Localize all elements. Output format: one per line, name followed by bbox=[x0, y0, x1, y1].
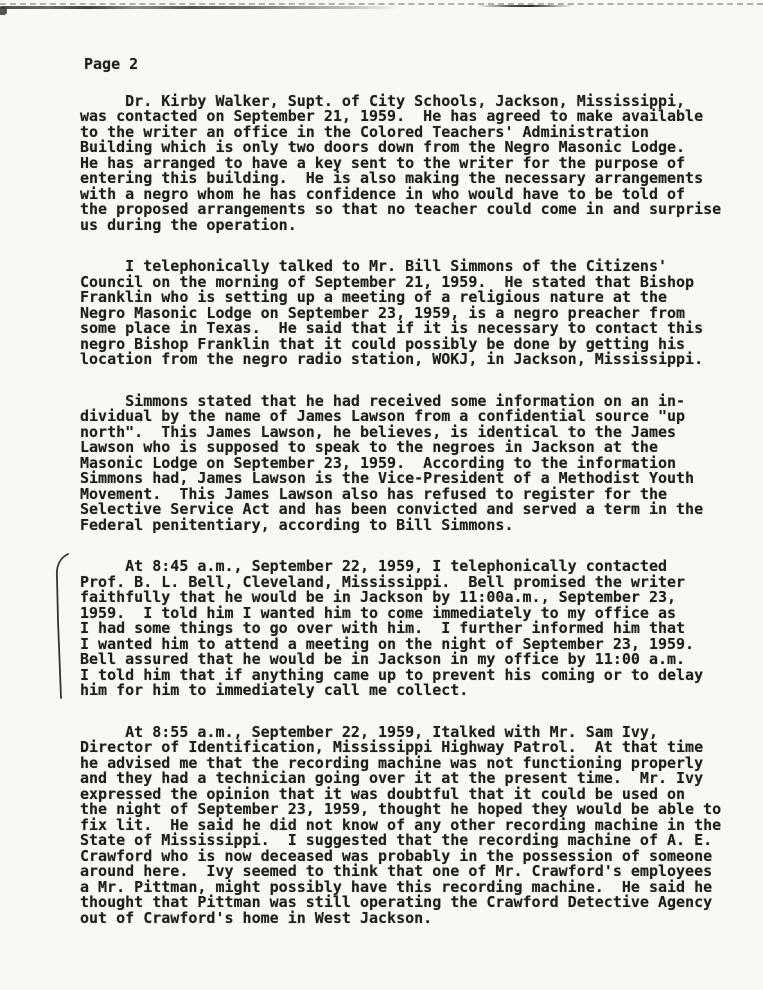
paragraph-bell-contact: At 8:45 a.m., September 22, 1959, I tele… bbox=[80, 559, 752, 699]
scan-artifact-dark-streak bbox=[0, 6, 400, 9]
paragraph-kirby-walker: Dr. Kirby Walker, Supt. of City Schools,… bbox=[80, 94, 752, 234]
paragraph-bill-simmons-call: I telephonically talked to Mr. Bill Simm… bbox=[80, 259, 752, 368]
typewritten-text-block: Page 2 Dr. Kirby Walker, Supt. of City S… bbox=[80, 57, 752, 926]
scanned-document-page: Page 2 Dr. Kirby Walker, Supt. of City S… bbox=[0, 0, 763, 990]
page-number: Page 2 bbox=[84, 57, 752, 73]
paragraph-james-lawson-info: Simmons stated that he had received some… bbox=[80, 394, 752, 534]
scan-artifact-dotted-line bbox=[0, 3, 763, 5]
paragraph-sam-ivy-recording-machine: At 8:55 a.m., September 22, 1959, Italke… bbox=[80, 725, 752, 927]
scan-artifact-corner-blob bbox=[0, 7, 7, 15]
scan-artifact-mid-streak bbox=[478, 5, 573, 7]
margin-pen-mark bbox=[53, 551, 71, 703]
